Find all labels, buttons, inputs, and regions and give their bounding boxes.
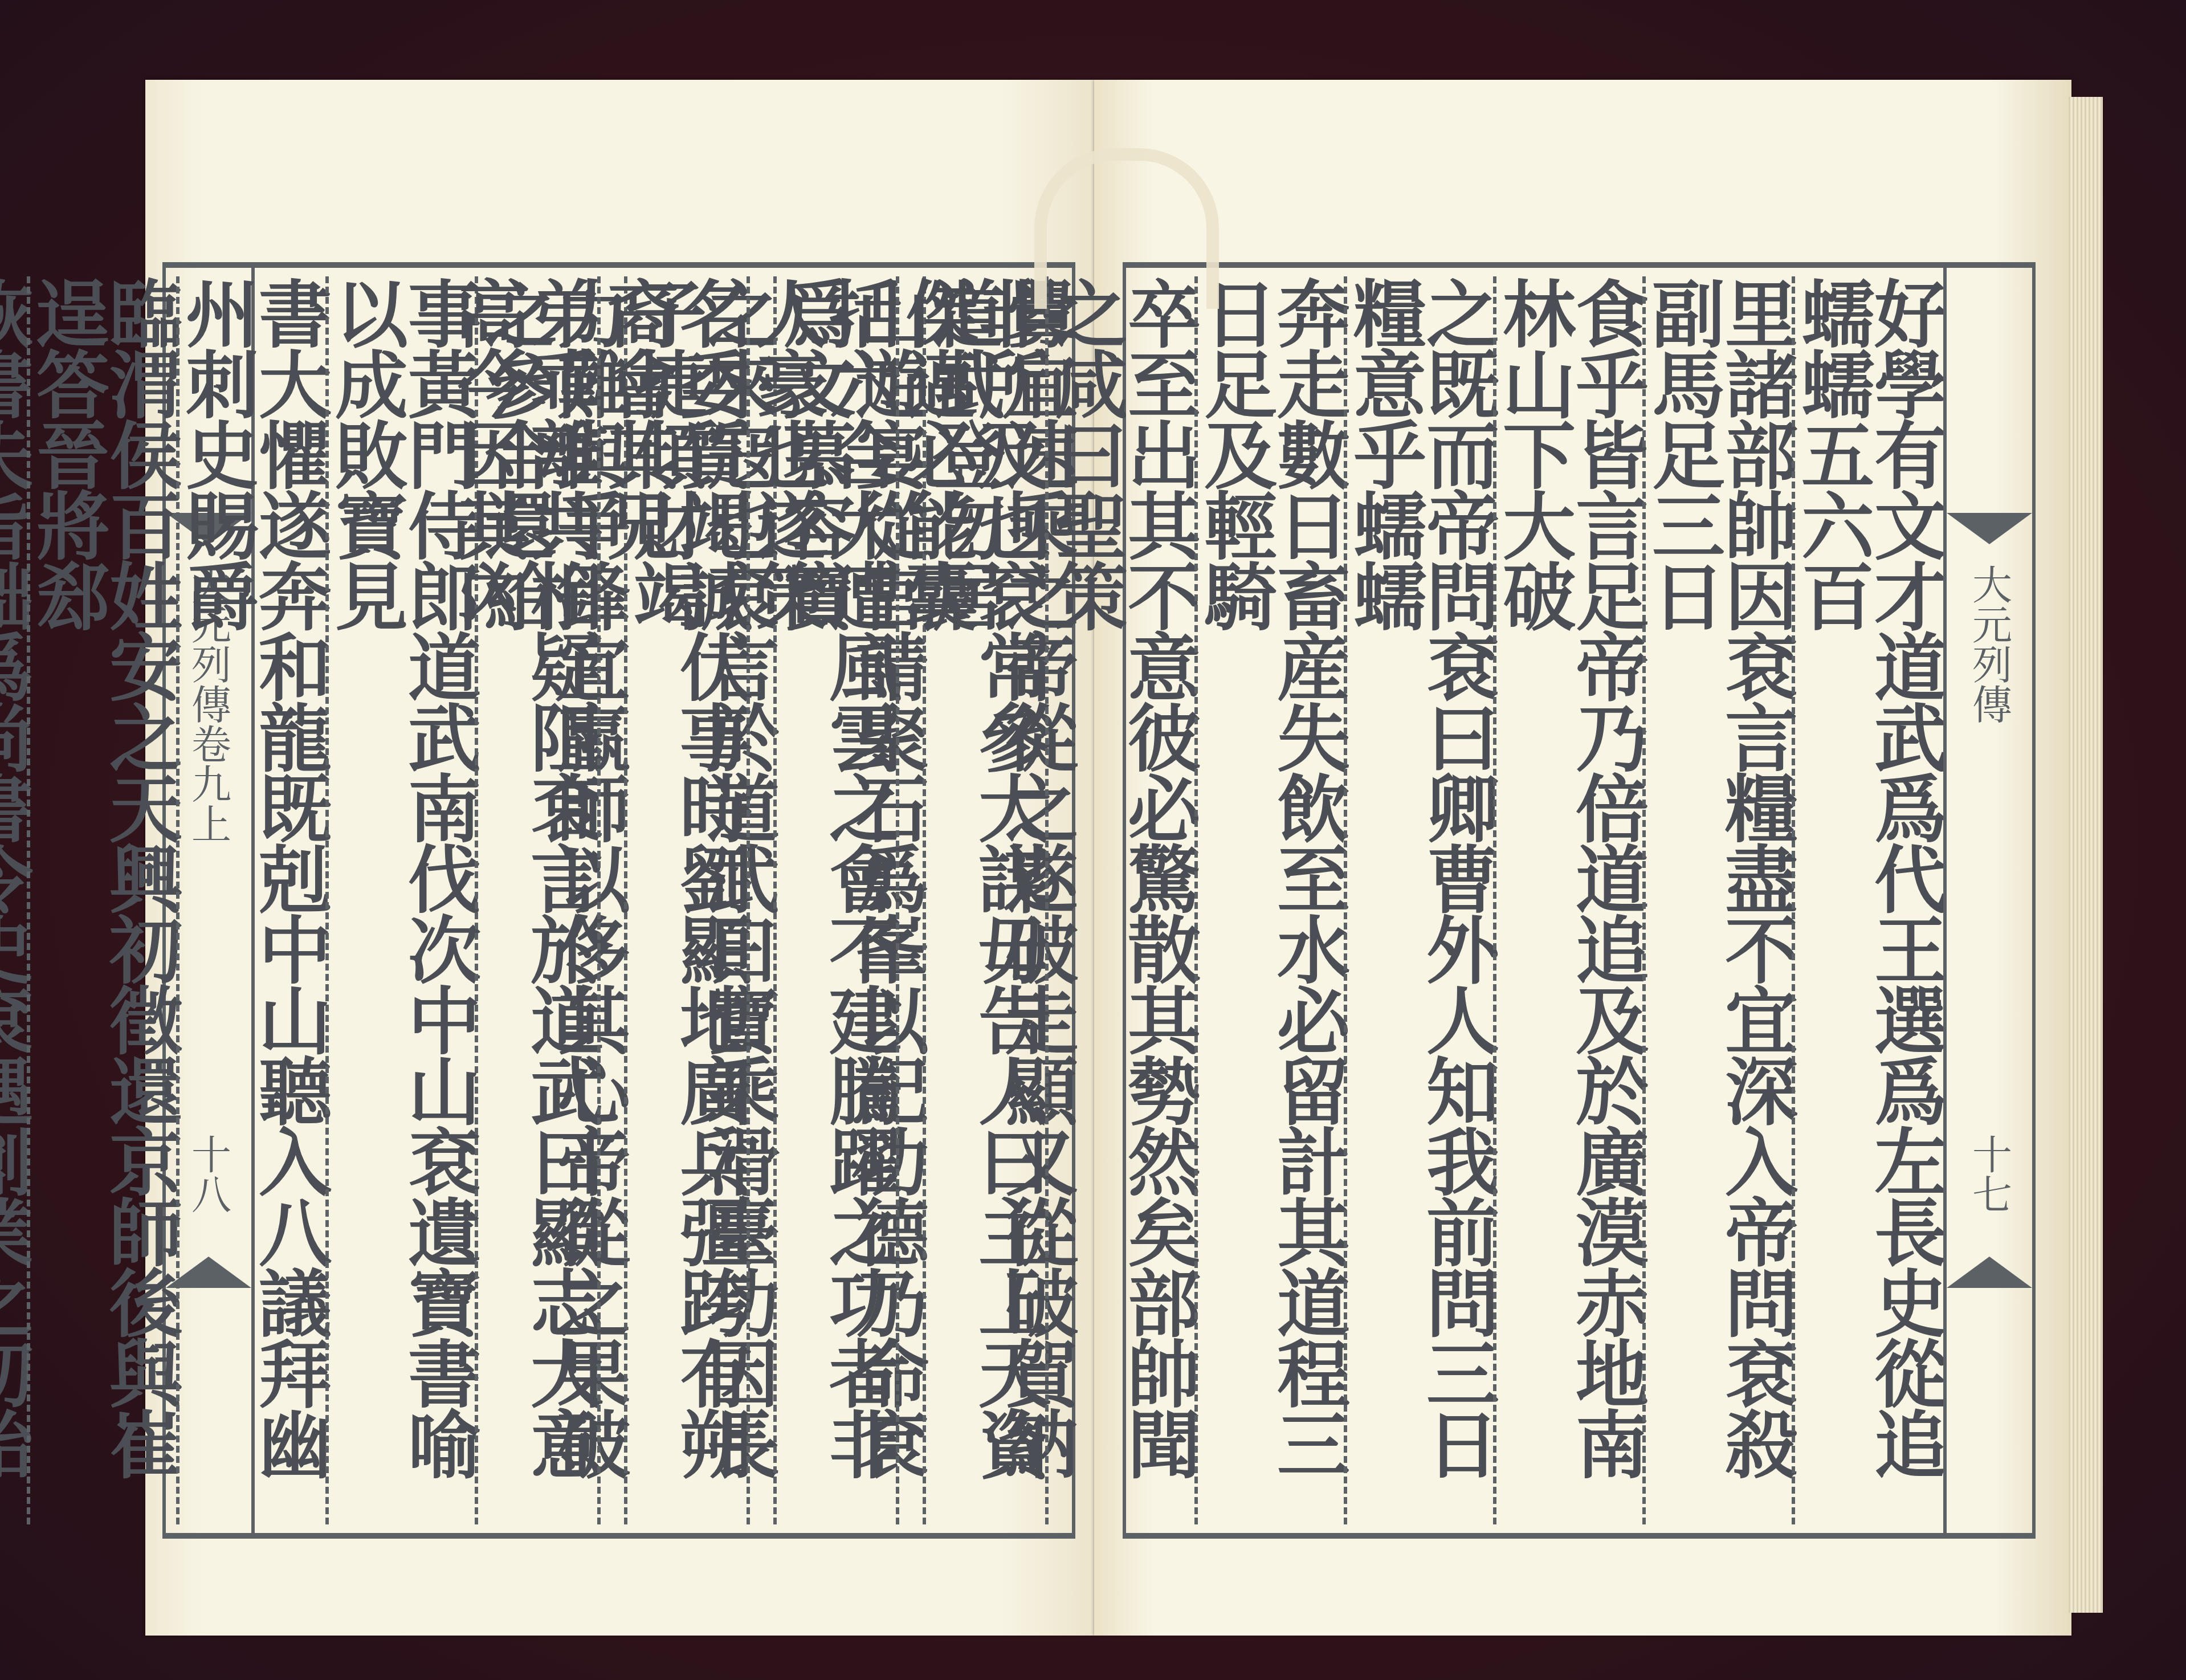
text-column: 書大懼遂奔和龍既剋中山聽入八議拜幽州刺史賜爵 bbox=[180, 276, 325, 1524]
right-page-print-frame: 好學有文才道武爲代王選爲左長史從追蠕蠕五六百 里諸部帥因袞言糧盡不宜深入帝問袞殺… bbox=[1123, 262, 2036, 1539]
text-column: 卒至出其不意彼必驚散其勢然矣部帥聞之咸曰聖策 bbox=[1049, 276, 1194, 1524]
text-column: 臨渭侯百姓安之天興初徵還京師後與崔逞答晉將郄 bbox=[30, 276, 176, 1524]
fishtail-mark-icon bbox=[1947, 1257, 2032, 1288]
text-column: 弟乖離共相疑阻袞言於道武曰顯志大意高今因其內 bbox=[451, 276, 597, 1524]
right-page-fold-margin: 大元列傳 十七 bbox=[1943, 268, 2032, 1533]
page-edges bbox=[2069, 97, 2103, 1613]
text-column: 非所及也袞常參大謀毋告人曰主上天資傑邁必能囊 bbox=[899, 276, 1045, 1524]
right-margin-title: 大元列傳 bbox=[1961, 564, 2018, 724]
open-book: 大元列傳卷九上 十八 釁宜速乘之帝從之遂破走顯又從破賀納道武登勿居 山遊宴從官請… bbox=[145, 80, 2071, 1636]
text-column: 奔走數日畜産失飲至水必留計其道程三日足及輕騎 bbox=[1198, 276, 1344, 1524]
right-text-columns: 好學有文才道武爲代王選爲左長史從追蠕蠕五六百 里諸部帥因袞言糧盡不宜深入帝問袞殺… bbox=[1126, 276, 1941, 1524]
right-page-number: 十七 bbox=[1961, 1134, 2018, 1214]
text-column: 括六合大遭風雲之會不建騰躍之功者非人豪也遂策 bbox=[750, 276, 896, 1524]
text-column: 食乎皆言足帝乃倍道追及於廣漠赤地南林山下大破 bbox=[1496, 276, 1642, 1524]
text-column: 里諸部帥因袞言糧盡不宜深入帝問袞殺副馬足三日 bbox=[1646, 276, 1792, 1524]
fishtail-mark-icon bbox=[1947, 513, 2032, 544]
text-column: 恢書失旨黜爲尚書令史袞遇創業之初始以才謀見任 bbox=[0, 276, 27, 1524]
binding-thread-stain bbox=[1034, 148, 1219, 309]
text-column: 好學有文才道武爲代王選爲左長史從追蠕蠕五六百 bbox=[1795, 276, 1941, 1524]
text-column: 名委質竭誠伏事時劉顯地廣兵彊跨有朔裔會其兄 bbox=[601, 276, 747, 1524]
text-column: 之既而帝問袞曰卿曹外人知我前問三日糧意乎蠕蠕 bbox=[1347, 276, 1493, 1524]
